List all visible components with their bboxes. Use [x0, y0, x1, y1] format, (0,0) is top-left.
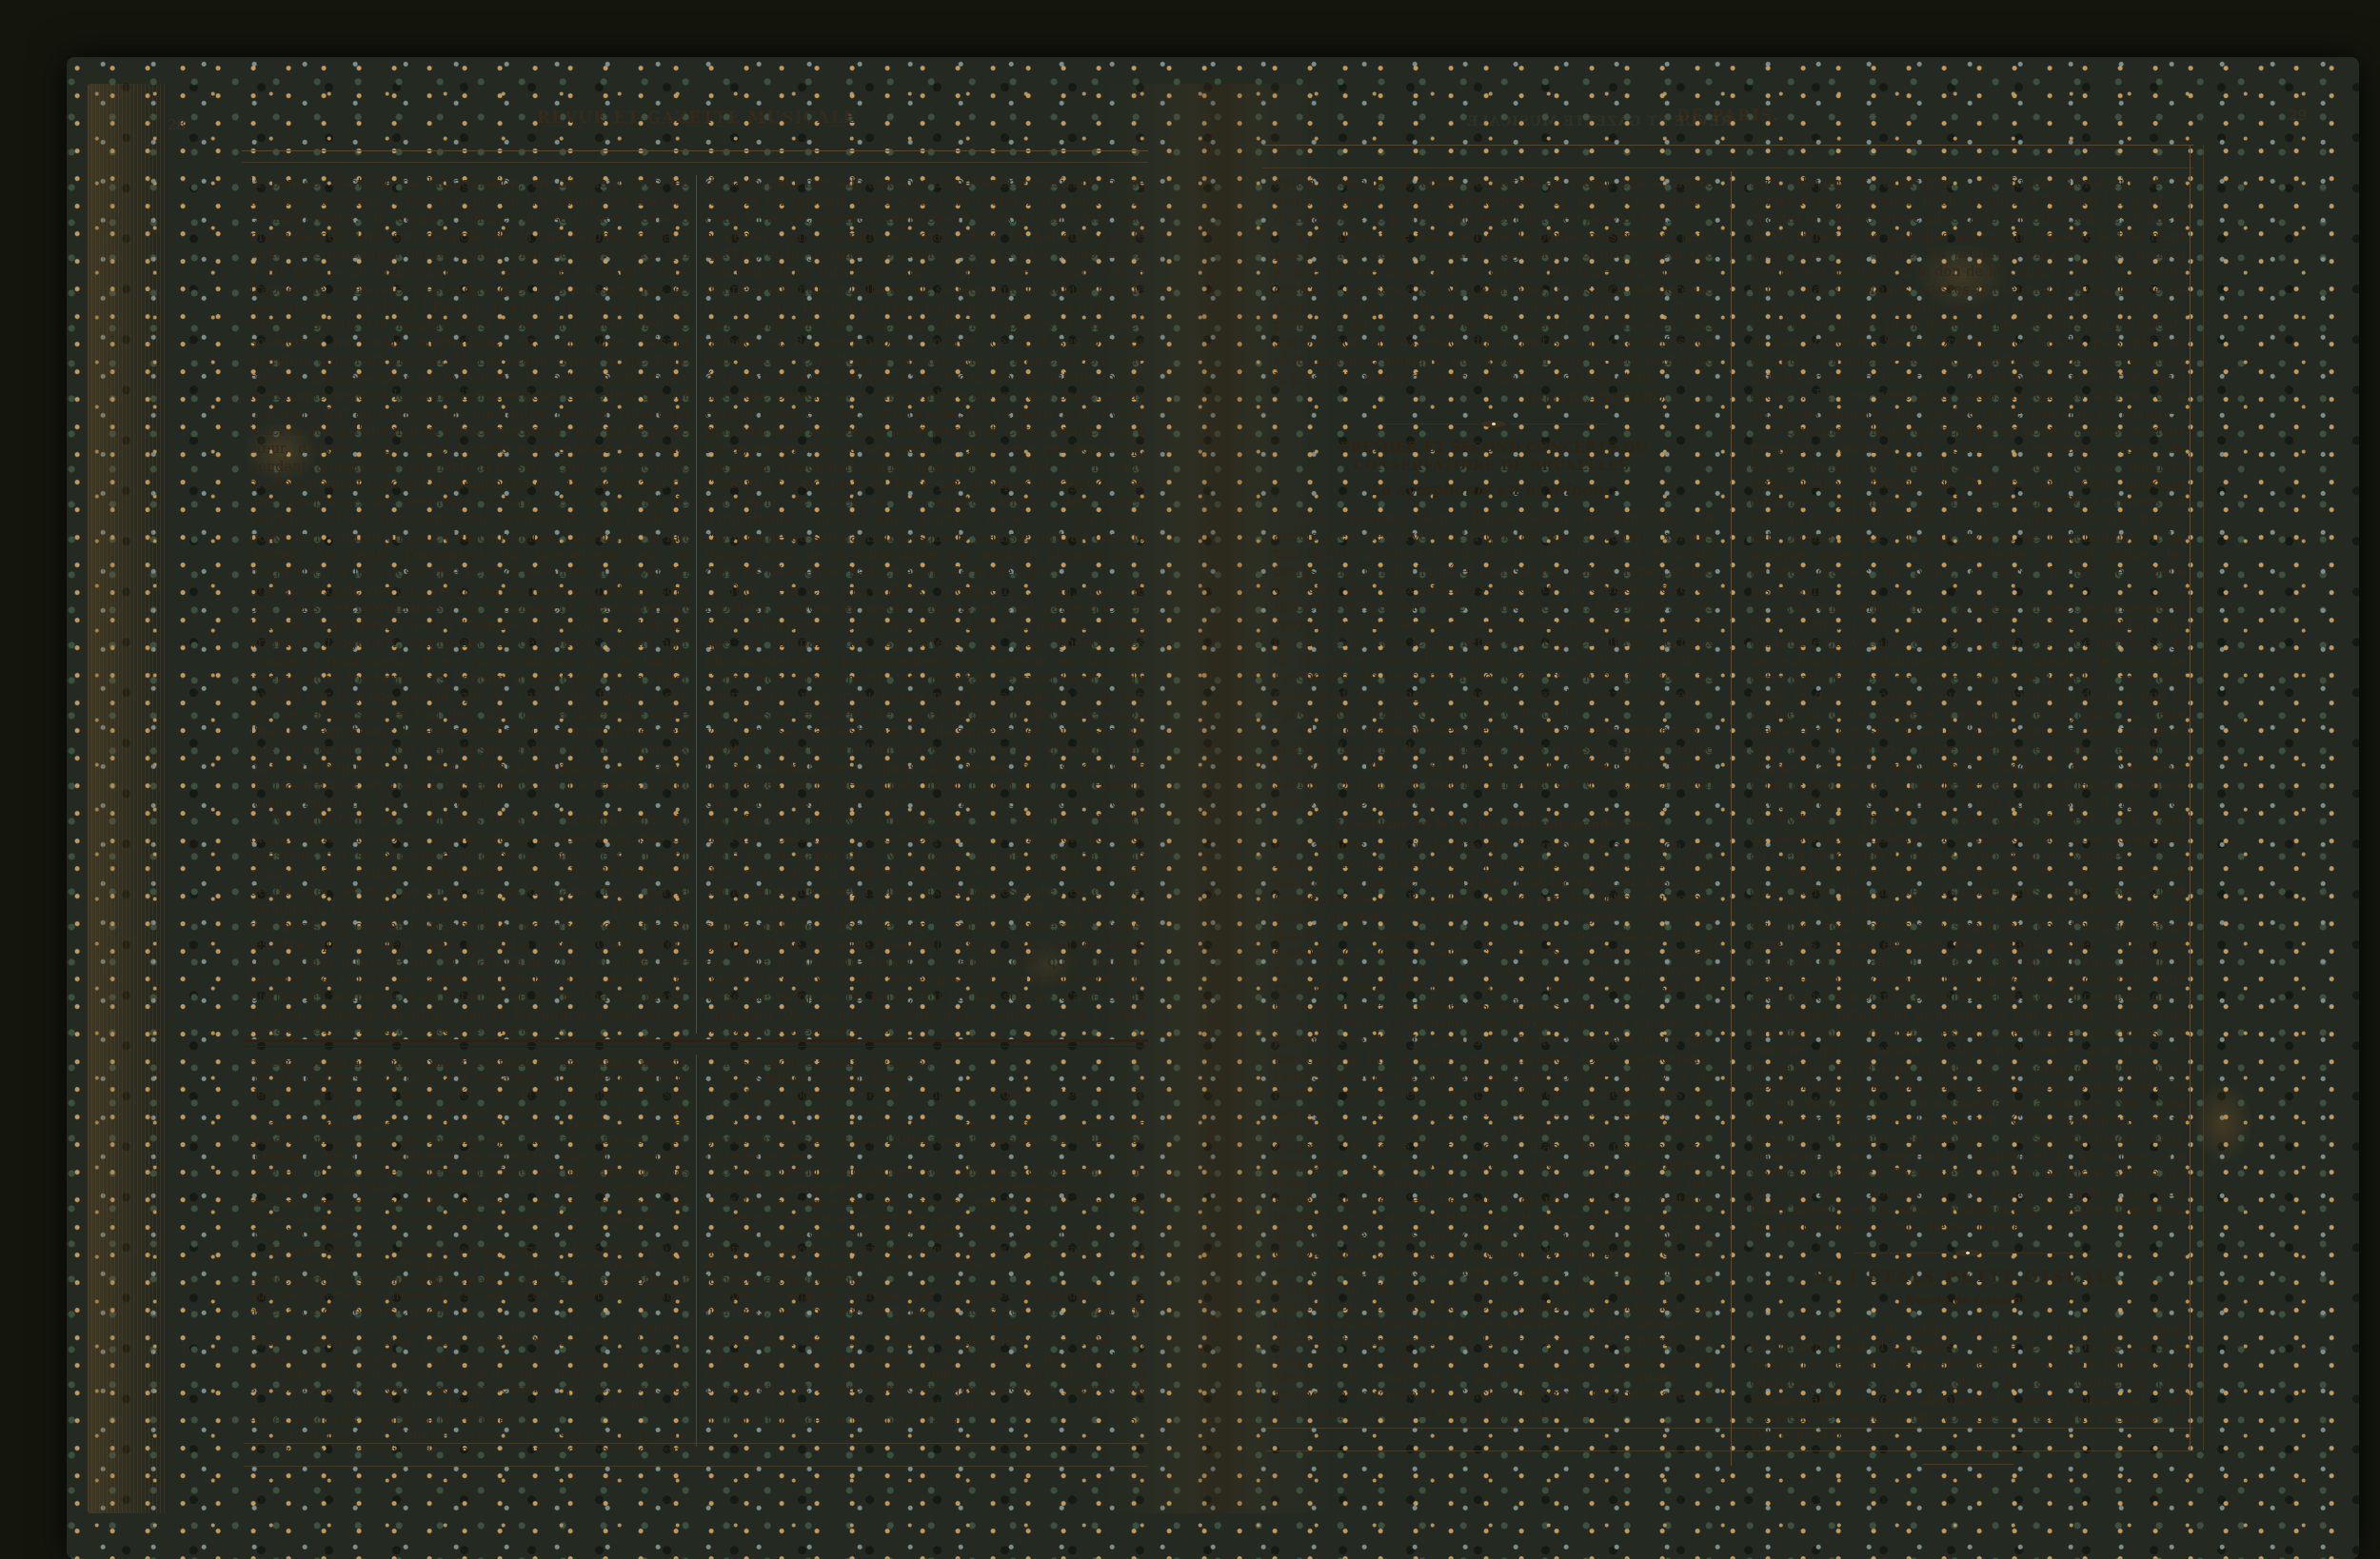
article-title: PREMIER ET SECOND CONCERTS DU CONSERVATO…: [1279, 440, 1708, 476]
running-title-left: REVUE ET GAZETTE MUSICALE: [246, 109, 1148, 127]
left-page-footnote-column-1: chacune, et qui, après mûr examen des ti…: [249, 1056, 689, 1450]
quoted-verse-line: Le sublime est le son que rend une grand…: [1274, 816, 1714, 834]
article-subtitle: La symphonie en ut mineur.: [1274, 482, 1714, 500]
article-signature: Henri BLANCHARD.: [1274, 390, 1714, 408]
article-title: SI J'ÉTAIS PETIT OISEAU.: [1750, 1269, 2186, 1287]
right-page-bottom-rule-2: [1266, 1450, 2193, 1451]
footnote-list-item: 1° Ses droits d'auteur en France ;: [705, 1056, 1145, 1072]
book-photograph: 28 REVUE ET GAZETTE MUSICALE la pensée, …: [0, 0, 2380, 1559]
footnote-paragraph: chacune, et qui, après mûr examen des ti…: [249, 1056, 689, 1243]
header-rule-right: [1262, 145, 2193, 146]
paragraph: quitté l'estrade, et, allant se mettre a…: [1274, 175, 1714, 228]
footnote-paragraph: Ce n'est pas tout : l'illustre auteur de…: [249, 1429, 689, 1450]
paragraph: M. Lafontaine ne recule pas devant la mé…: [249, 812, 689, 1034]
paragraph: Tout cela est merveilleux, prodigieux ; …: [705, 582, 1145, 1034]
ornament-lens-icon: [1955, 1250, 1980, 1256]
footnote-list-item: 2° Ses bibliothèques de Paris ;: [705, 1072, 1145, 1087]
footnote-list-item: 3° Les autographes de ses compositions d…: [705, 1088, 1145, 1119]
article-subtitle: Dessin de Gavarni.: [1750, 1292, 2186, 1310]
page-stack-fore-edge: [88, 84, 166, 1513]
column-divider-right-page: [1731, 171, 1732, 1466]
paragraph: Il résulterait de tout ceci que la bonne…: [1274, 228, 1714, 387]
header-rule-right-2: [1262, 168, 2193, 168]
paragraph: sert, Haydn et Chérubini ; la fugue, l'o…: [1750, 175, 2186, 423]
right-page-column-2: sert, Haydn et Chérubini ; la fugue, l'o…: [1750, 175, 2186, 1481]
ornament-lens-icon: [1481, 421, 1506, 427]
paragraph: C'est encore la même antithèse, dont nos…: [1750, 1321, 2186, 1445]
paragraph: « Le mot grandiose semble avoir été créé…: [1274, 722, 1714, 811]
footnote-paragraph: Après le rapport, couronné par l'assembl…: [705, 1289, 1145, 1429]
right-page-column-1: quitté l'estrade, et, allant se mettre a…: [1274, 175, 1714, 1481]
header-rule-2: [242, 162, 1148, 163]
divider-ornament: [1854, 1250, 2082, 1256]
paragraph: la pensée, l'activité de l'imagination, …: [249, 175, 689, 812]
page-number-left: 28: [168, 116, 186, 133]
left-page-footnote-column-2: 1° Ses droits d'auteur en France ; 2° Se…: [705, 1056, 1145, 1450]
left-page-column-1: la pensée, l'activité de l'imagination, …: [249, 175, 689, 1034]
right-page-bottom-rule: [1266, 1428, 2193, 1429]
footnote-list-item: 4° Ses compositions inédites de tout gen…: [705, 1118, 1145, 1165]
column-divider-left-page: [696, 175, 697, 1034]
footnote-column-divider: [696, 1055, 697, 1447]
left-page-bottom-rule: [244, 1443, 1148, 1444]
footnote-paragraph: C'est là sans doute une de ces belles ac…: [705, 1227, 1145, 1289]
paragraph: » Mademoiselle Bonduel a obtenu un succè…: [1750, 600, 2186, 865]
paragraph: nous aurions le droit de dire que le gra…: [1274, 839, 1714, 1016]
footnote-separator-rule: [244, 1039, 1148, 1047]
left-page-column-2: de sa torpeur mortelle aux sons d'une rê…: [705, 175, 1145, 1034]
paragraph: de sa torpeur mortelle aux sons d'une rê…: [705, 175, 1145, 582]
right-page-frame-line: [2190, 145, 2191, 1450]
divider-ornament: [1379, 421, 1608, 427]
paragraph: Nous trouvons dans l'Émancipation, de Br…: [1274, 510, 1714, 722]
header-rule: [242, 150, 1148, 151]
left-page-bottom-rule-2: [244, 1466, 1148, 1467]
paragraph: » Quelques solistes ont figuré avec honn…: [1750, 423, 2186, 600]
paragraph: » Mais le grand succès des séances du Co…: [1750, 865, 2186, 1236]
right-page-frame-line-2: [2203, 145, 2204, 1450]
footnote-list-item: 6° Une correspondance volumineuse avec d…: [705, 1196, 1145, 1228]
footnote-paragraph: Parmi les espérances de l'avenir, le rap…: [249, 1320, 689, 1429]
end-of-article-rule: [1922, 1464, 2013, 1465]
footnote-list-item: 5° Ses ouvrages didactiques, ses collect…: [705, 1165, 1145, 1196]
page-number-right: 29: [2289, 107, 2307, 124]
show-through-text: REVUE ET GAZETTE MUSICALE: [1399, 114, 1799, 129]
footnote-paragraph: En signalant le zèle déployé par plusieu…: [249, 1243, 689, 1320]
paragraph: « M. Fétis s'est acquis en Europe un nom…: [1274, 1016, 1714, 1423]
